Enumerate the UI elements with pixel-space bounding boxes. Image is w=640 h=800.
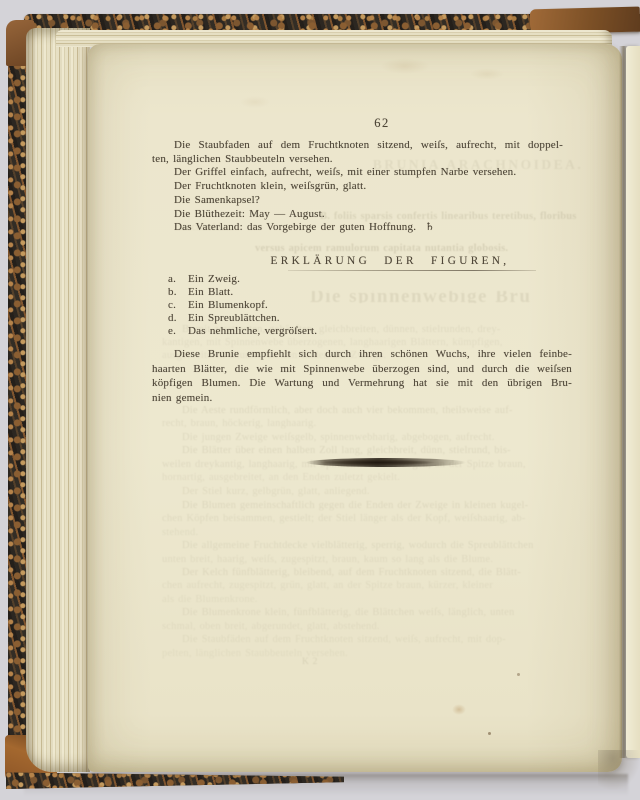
bleedthrough-text-line: stehend. <box>162 527 222 539</box>
bleedthrough-text-line: schmal, oben breit, abgerundet, glatt, a… <box>162 621 452 633</box>
figure-item-letter: d. <box>168 312 188 325</box>
description-text-line: ten, länglichen Staubbeuteln versehen. <box>152 153 572 167</box>
figures-list: a.Ein Zweig. b.Ein Blatt. c.Ein Blumenko… <box>168 273 568 338</box>
saturn-shrub-symbol: ♄ <box>425 221 435 233</box>
facing-page-edge <box>626 46 640 758</box>
bleedthrough-text-line: pelten, länglichen Staubbeuteln versehen… <box>162 648 432 660</box>
figure-item-text: Ein Zweig. <box>188 273 240 285</box>
figure-list-item: b.Ein Blatt. <box>168 286 568 299</box>
heading-rule <box>288 270 536 271</box>
closing-paragraph: Diese Brunie empfiehlt sich durch ihren … <box>152 347 572 405</box>
bleedthrough-text-line: versus apicem ramulorum capitata nutanti… <box>255 243 555 255</box>
figure-item-text: Das nehmliche, vergröſsert. <box>188 325 317 337</box>
figure-list-item: c.Ein Blumenkopf. <box>168 299 568 312</box>
ink-smudge <box>306 458 466 467</box>
description-text-line: Der Griffel einfach, aufrecht, weiſs, mi… <box>152 166 572 180</box>
book-page: BRUNIA ARACHNOIDEA. B. foliis sparsis co… <box>88 44 622 772</box>
bleedthrough-text-line: Die Staubfäden auf dem Fruchtknoten sitz… <box>182 634 562 646</box>
closing-text-line: Diese Brunie empfiehlt sich durch ihren … <box>152 347 572 362</box>
bleedthrough-text-line: unten breit, haarig, weiſs, zugespitzt, … <box>162 554 542 566</box>
figure-list-item: d.Ein Spreublättchen. <box>168 312 568 325</box>
bleedthrough-text-line: chen aufrecht, zugespitzt, grün, glatt, … <box>162 580 572 592</box>
figure-item-letter: a. <box>168 273 188 286</box>
figures-heading: ERKLÄRUNG DER FIGUREN, <box>152 255 600 267</box>
bleedthrough-text-line: chen Köpfen beisammen, gestielt; der Sti… <box>162 513 578 525</box>
closing-text-line: nien gemein. <box>152 391 572 406</box>
bleedthrough-text-line: Die allgemeine Fruchtdecke vielblätterig… <box>182 540 582 552</box>
bleedthrough-text-line: Die jungen Zweige weiſsgelb, spinnenwebh… <box>182 432 562 444</box>
bleedthrough-text-line: K 2 <box>302 656 342 668</box>
bleedthrough-text-line: Der Stiel kurz, gelbgrün, glatt, anliege… <box>182 486 442 498</box>
description-paragraph: Die Staubfaden auf dem Fruchtknoten sitz… <box>152 139 572 235</box>
figure-item-letter: b. <box>168 286 188 299</box>
bleedthrough-text-line: als die Blumenkrone. <box>162 594 302 606</box>
figure-item-letter: e. <box>168 325 188 338</box>
bleedthrough-text-line: Der Kelch fünfblätterig, bleibend, auf d… <box>182 567 582 579</box>
bleedthrough-text-line: recht, braun, höckerig, langhaarig. <box>162 418 402 430</box>
bottom-right-shadow <box>598 750 640 790</box>
foxing-spot <box>470 68 504 80</box>
scanned-book-photo: BRUNIA ARACHNOIDEA. B. foliis sparsis co… <box>0 0 640 800</box>
page-number: 62 <box>152 117 592 130</box>
figure-item-text: Ein Spreublättchen. <box>188 312 280 324</box>
closing-text-line: köpfigen Blumen. Die Wartung und Vermehr… <box>152 376 572 391</box>
closing-text-line: haarten Blätter, die wie mit Spinnenwebe… <box>152 362 572 377</box>
stain <box>517 673 520 676</box>
stain <box>488 732 491 735</box>
foxing-spot <box>380 58 430 74</box>
bleedthrough-text-line: Die Blumen gemeinschaftlich gegen die En… <box>182 500 582 512</box>
figure-item-letter: c. <box>168 299 188 312</box>
figure-item-text: Ein Blumenkopf. <box>188 299 268 311</box>
bleedthrough-text-line: Die Blätter über einen halben Zoll lang,… <box>182 445 582 457</box>
figure-item-text: Ein Blatt. <box>188 286 233 298</box>
foxing-spot <box>240 96 270 108</box>
description-text-line: Das Vaterland: das Vorgebirge der guten … <box>152 221 572 235</box>
description-text-line: Der Fruchtknoten klein, weiſsgrün, glatt… <box>152 180 572 194</box>
description-text-line: Die Staubfaden auf dem Fruchtknoten sitz… <box>152 139 572 153</box>
fore-edge-page-stack <box>26 28 90 772</box>
bleedthrough-text-line: Die Aeste rundförmlich, aber doch auch v… <box>182 405 582 417</box>
description-text-line: Die Samenkapsel? <box>152 194 572 208</box>
bleedthrough-text-line: Die Blumenkrone klein, fünfblätterig, di… <box>182 607 572 619</box>
figure-list-item: a.Ein Zweig. <box>168 273 568 286</box>
description-text-line: Die Blüthezeit: May — August. <box>152 208 572 222</box>
stain <box>452 704 466 715</box>
figure-list-item: e.Das nehmliche, vergröſsert. <box>168 325 568 338</box>
bleedthrough-text-line: hornartig, ausgebreitet, an den Enden zu… <box>162 472 462 484</box>
